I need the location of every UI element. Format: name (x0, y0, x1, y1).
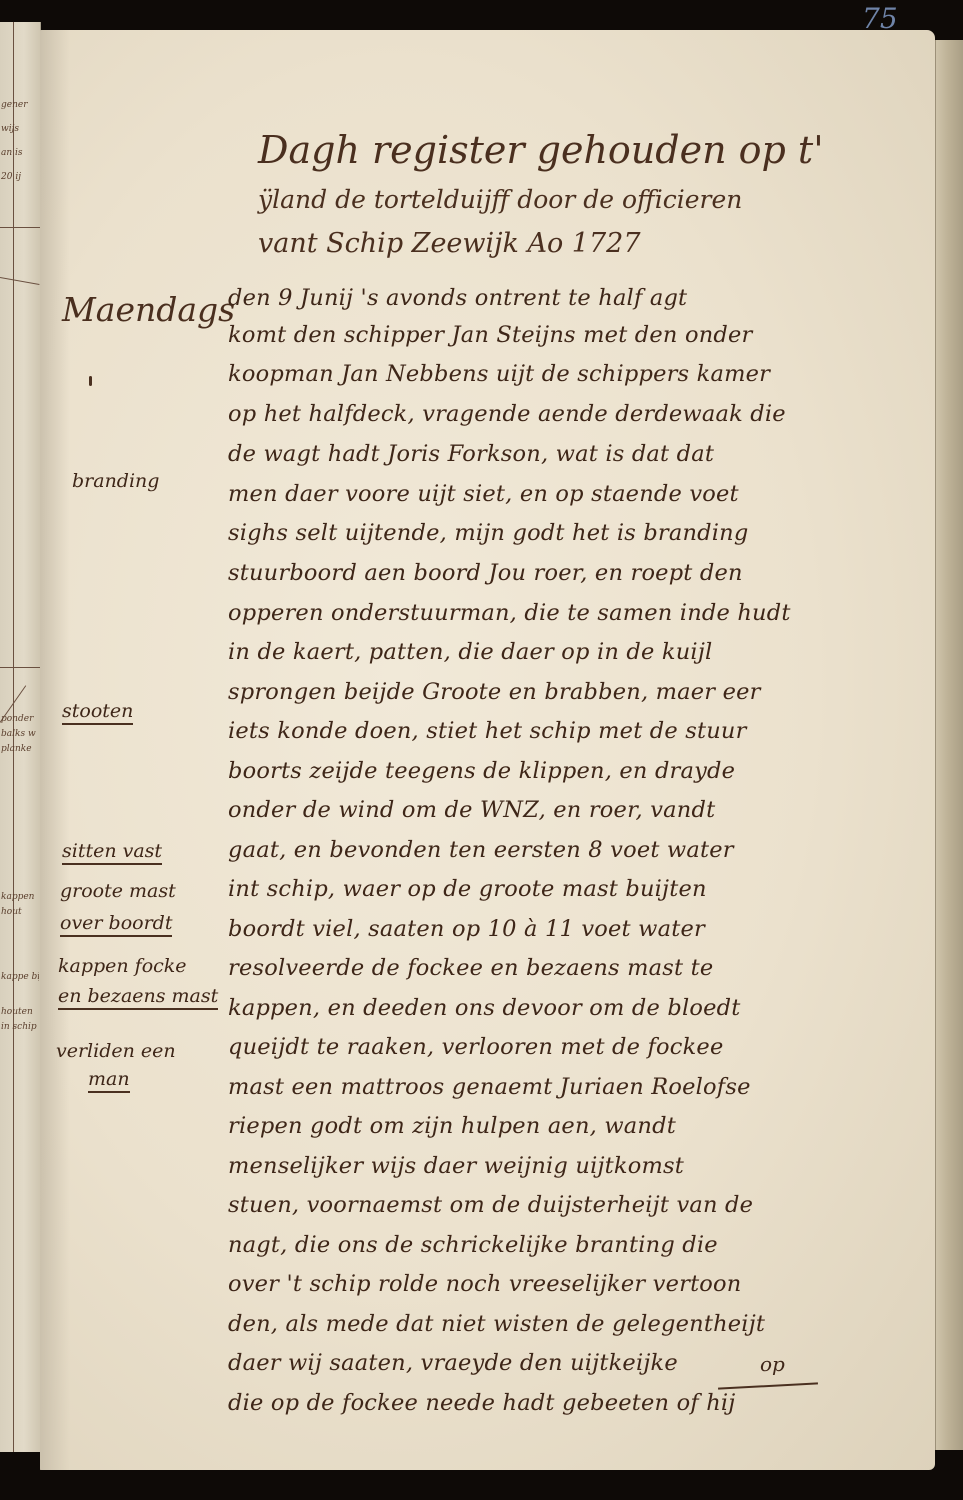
previous-page-chart-line (0, 667, 40, 668)
previous-page-text: balks w (1, 729, 39, 740)
body-line: int schip, waer op de groote mast buijte… (228, 876, 707, 902)
previous-page-text: gener (1, 100, 39, 111)
body-line: mast een mattroos genaemt Juriaen Roelof… (228, 1074, 751, 1100)
body-line: iets konde doen, stiet het schip met de … (228, 718, 747, 744)
page-title-line-2: ÿland de tortelduijff door de officieren (258, 185, 742, 214)
margin-note: verliden een (56, 1040, 176, 1062)
previous-page-text: wijs (1, 124, 39, 135)
previous-page-chart-line (0, 277, 39, 285)
body-line: sprongen beijde Groote en brabben, maer … (228, 679, 761, 705)
previous-page-text: ponder (1, 714, 39, 725)
body-line: kappen, en deeden ons devoor om de bloed… (228, 995, 741, 1021)
body-line: daer wij saaten, vraeyde den uijtkeijke (228, 1350, 678, 1376)
page-gutter-shadow (40, 30, 70, 1470)
body-line: komt den schipper Jan Steijns met den on… (228, 322, 752, 348)
margin-note: kappen focke (58, 955, 187, 977)
body-line: men daer voore uijt siet, en op staende … (228, 481, 739, 507)
body-line: queijdt te raaken, verlooren met de fock… (228, 1034, 723, 1060)
previous-page-text: in schip (1, 1022, 39, 1033)
previous-page-text: planke (1, 744, 39, 755)
body-line: riepen godt om zijn hulpen aen, wandt (228, 1113, 676, 1139)
folio-number: 75 (862, 2, 898, 35)
body-line: opperen onderstuurman, die te samen inde… (228, 600, 791, 626)
body-line: resolveerde de fockee en bezaens mast te (228, 955, 713, 981)
previous-page-edge: gener wijs an is 20 ij ponder balks w pl… (0, 22, 41, 1452)
body-line: boorts zeijde teegens de klippen, en dra… (228, 758, 735, 784)
body-line: sighs selt uijtende, mijn godt het is br… (228, 520, 748, 546)
margin-note: man (88, 1068, 130, 1093)
margin-note: over boordt (60, 912, 172, 937)
body-line: die op de fockee neede hadt gebeeten of … (228, 1390, 735, 1416)
margin-note: groote mast (60, 880, 176, 902)
previous-page-text: hout (1, 907, 39, 918)
body-line: menselijker wijs daer weijnig uijtkomst (228, 1153, 684, 1179)
margin-note: en bezaens mast (58, 985, 218, 1010)
page-title-line-1: Dagh register gehouden op t' (258, 128, 824, 172)
body-line: stuen, voornaemst om de duijsterheijt va… (228, 1192, 753, 1218)
margin-note: sitten vast (62, 840, 162, 865)
body-line: den 9 Junij 's avonds ontrent te half ag… (228, 285, 687, 311)
margin-note: branding (72, 470, 159, 492)
body-line: koopman Jan Nebbens uijt de schippers ka… (228, 361, 770, 387)
ink-mark (89, 376, 92, 386)
previous-page-text: an is (1, 148, 39, 159)
catchword: op (760, 1352, 785, 1376)
body-line: op het halfdeck, vragende aende derdewaa… (228, 401, 786, 427)
previous-page-text: kappen (1, 892, 39, 903)
body-line: over 't schip rolde noch vreeselijker ve… (228, 1271, 742, 1297)
body-line: nagt, die ons de schrickelijke branting … (228, 1232, 718, 1258)
previous-page-text: 20 ij (1, 172, 39, 183)
body-line: onder de wind om de WNZ, en roer, vandt (228, 797, 715, 823)
body-line: in de kaert, patten, die daer op in de k… (228, 639, 712, 665)
body-line: de wagt hadt Joris Forkson, wat is dat d… (228, 441, 714, 467)
body-line: den, als mede dat niet wisten de gelegen… (228, 1311, 765, 1337)
previous-page-text: houten (1, 1007, 39, 1018)
body-line: stuurboord aen boord Jou roer, en roept … (228, 560, 743, 586)
page-title-line-3: vant Schip Zeewijk Ao 1727 (258, 228, 641, 259)
previous-page-chart-line (0, 227, 40, 228)
previous-page-text: kappe bij (1, 972, 39, 983)
body-line: gaat, en bevonden ten eersten 8 voet wat… (228, 837, 734, 863)
page-stack-edge (935, 40, 963, 1450)
margin-note: stooten (62, 700, 133, 725)
day-heading: Maendags (62, 290, 235, 329)
body-line: boordt viel, saaten op 10 à 11 voet wate… (228, 916, 705, 942)
